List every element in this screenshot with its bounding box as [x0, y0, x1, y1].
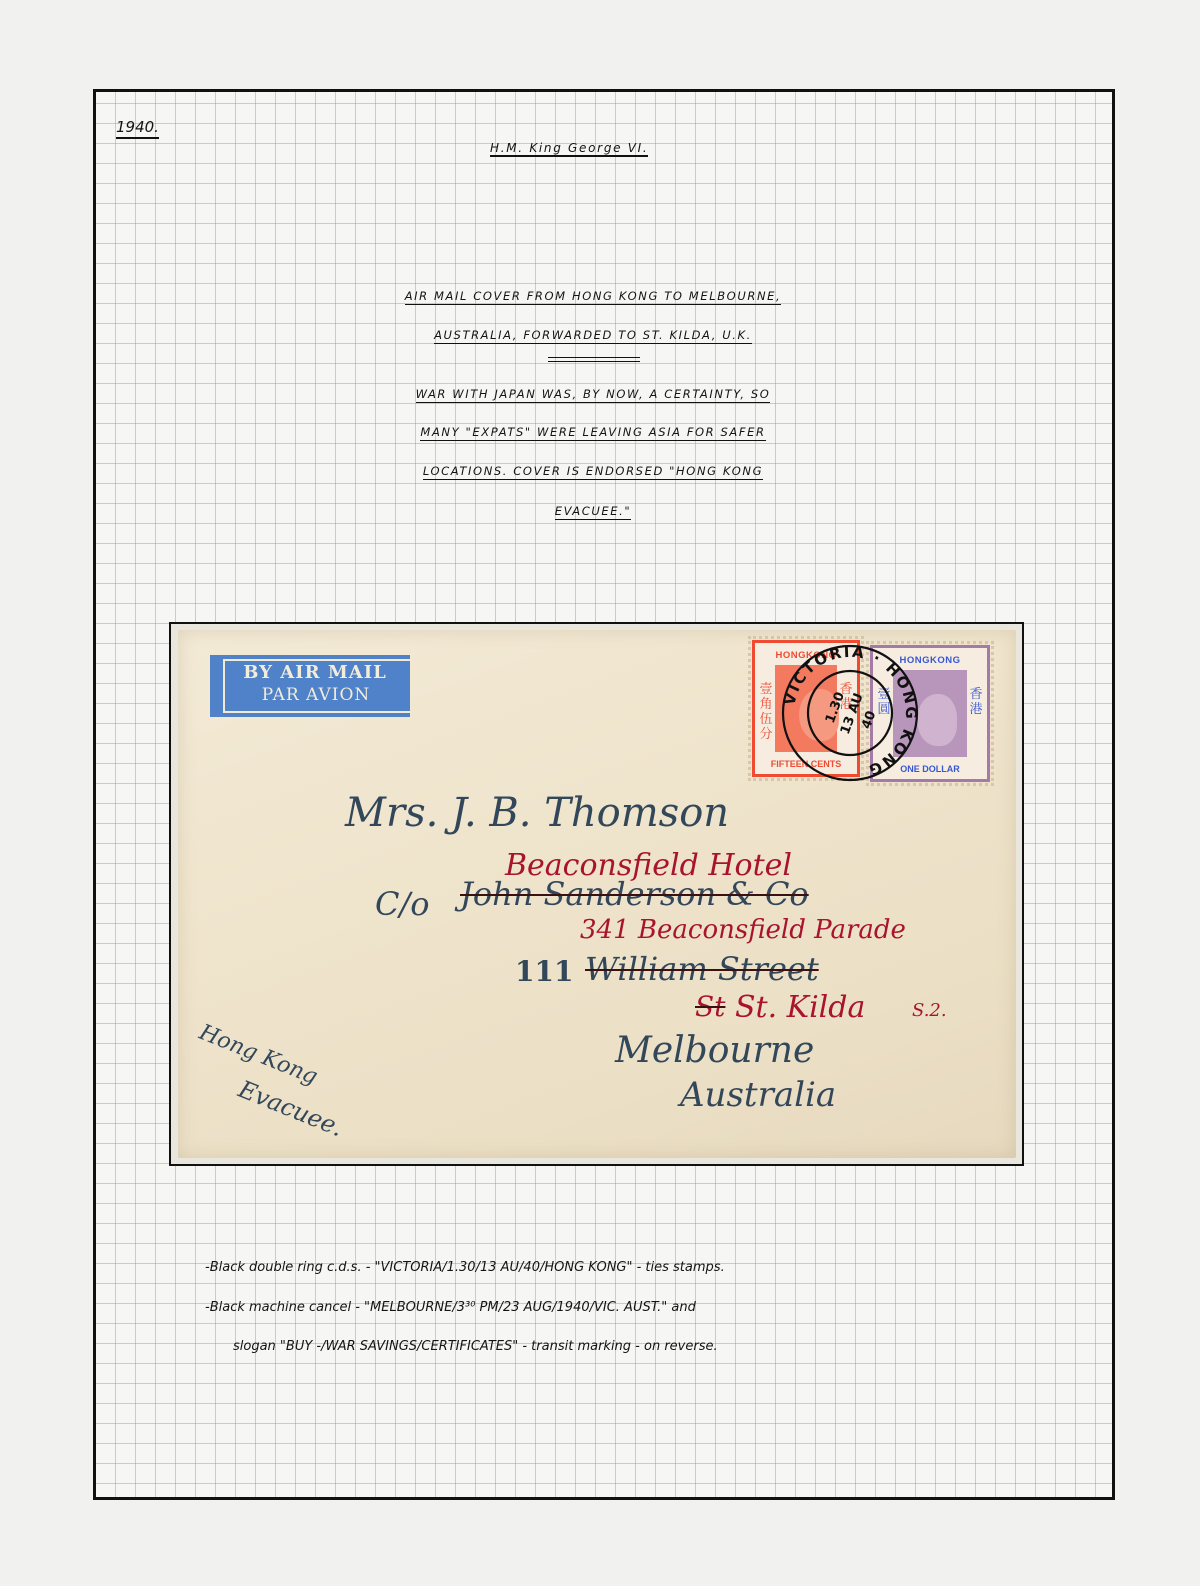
country: Australia — [680, 1075, 836, 1115]
double-rule-divider — [548, 357, 640, 362]
airmail-label-line1: BY AIR MAIL — [210, 662, 410, 683]
forwarded-suburb-struck: St — [695, 990, 725, 1023]
forwarded-postcode: S.2. — [912, 1000, 947, 1021]
care-of-struck: John Sanderson & Co — [460, 875, 809, 913]
svg-text:40: 40 — [859, 709, 879, 731]
description-line-3: War with Japan was, by now, a certainty,… — [0, 383, 1186, 402]
postmark-cds: VICTORIA · HONG KONG 1.30 13 AU 40 — [780, 643, 920, 783]
city: Melbourne — [615, 1030, 814, 1071]
year-heading: 1940. — [116, 118, 159, 139]
addressee-name: Mrs. J. B. Thomson — [345, 790, 729, 836]
forwarded-suburb: St. Kilda — [735, 990, 865, 1025]
street-struck: William Street — [585, 950, 819, 988]
description-line-6: Evacuee." — [0, 500, 1186, 519]
airmail-label-line2: PAR AVION — [210, 685, 410, 705]
airmail-label: BY AIR MAIL PAR AVION — [210, 655, 410, 717]
street-number: 111 — [515, 955, 573, 988]
note-slogan: slogan "BUY -/WAR SAVINGS/CERTIFICATES" … — [233, 1339, 718, 1354]
note-cds: -Black double ring c.d.s. - "VICTORIA/1.… — [205, 1260, 725, 1275]
description-line-5: locations. Cover is endorsed "Hong Kong — [0, 460, 1186, 479]
description-line-4: many "Expats" were leaving Asia for safe… — [0, 421, 1186, 440]
note-machine-cancel: -Black machine cancel - "MELBOURNE/3³⁰ P… — [205, 1300, 696, 1315]
care-of-prefix: C/o — [375, 885, 430, 923]
description-line-2: Australia, forwarded to St. Kilda, U.K. — [0, 324, 1186, 343]
description-line-1: Air mail cover from Hong Kong to Melbour… — [0, 285, 1186, 304]
page-title: H.M. King George VI. — [490, 141, 648, 157]
forwarded-street: 341 Beaconsfield Parade — [580, 915, 906, 945]
